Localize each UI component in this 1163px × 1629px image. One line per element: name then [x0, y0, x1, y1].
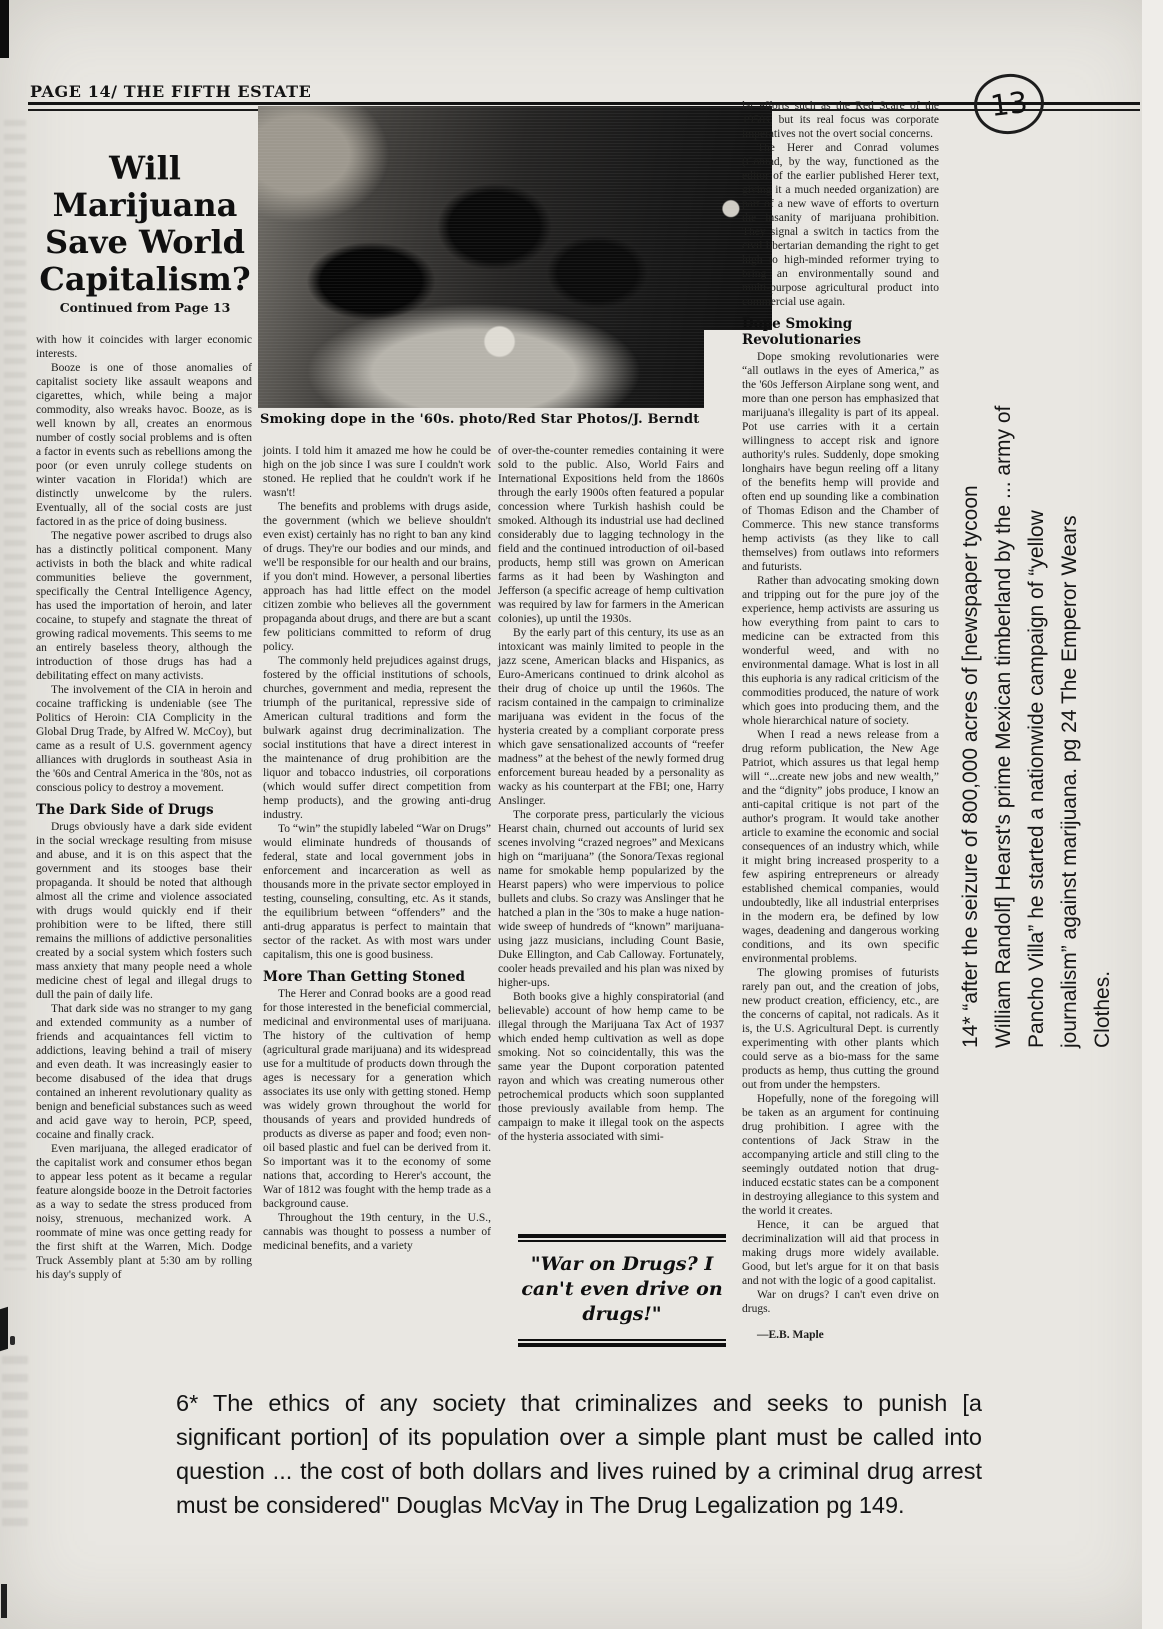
paragraph: joints. I told him it amazed me how he c… — [263, 444, 491, 500]
paragraph: Even marijuana, the alleged eradicator o… — [36, 1142, 252, 1282]
paragraph: By the early part of this century, its u… — [498, 626, 724, 808]
paragraph: War on drugs? I can't even drive on drug… — [742, 1288, 939, 1316]
page-number-text: 13 — [989, 85, 1030, 123]
right-margin-strip — [1142, 0, 1163, 1629]
column-1: with how it coincides with larger econom… — [36, 333, 252, 1282]
paragraph: That dark side was no stranger to my gan… — [36, 1002, 252, 1142]
paragraph: Pancho Villa” he started a nationwide ca… — [1020, 186, 1053, 1048]
paragraph: The glowing promises of futurists rarely… — [742, 966, 939, 1092]
scanned-newspaper-page: PAGE 14/ THE FIFTH ESTATE 13 Will Mariju… — [0, 0, 1163, 1629]
column-4: lar efforts such as the Red Scare of the… — [742, 99, 939, 1342]
paragraph: Rather than advocating smoking down and … — [742, 574, 939, 728]
footnote-quote: 6* The ethics of any society that crimin… — [176, 1386, 982, 1522]
column-4-text: lar efforts such as the Red Scare of the… — [742, 99, 939, 1316]
paragraph: journalism” against marijuana. pg 24 The… — [1053, 186, 1086, 1048]
pull-quote-inner-rule: "War on Drugs? I can't even drive on dru… — [518, 1240, 726, 1341]
paragraph: 14* “after the seizure of 800,000 acres … — [954, 186, 987, 1048]
paragraph: To “win” the stupidly labeled “War on Dr… — [263, 822, 491, 962]
pull-quote-text: "War on Drugs? I can't even drive on dru… — [521, 1252, 723, 1327]
paragraph: The involvement of the CIA in heroin and… — [36, 683, 252, 795]
handwritten-page-number: 13 — [971, 70, 1048, 138]
photo-caption: Smoking dope in the '60s. photo/Red Star… — [260, 412, 712, 427]
column-2: joints. I told him it amazed me how he c… — [263, 444, 491, 1253]
scan-edge-artifact — [10, 1336, 15, 1345]
sidebar-note: 14* “after the seizure of 800,000 acres … — [954, 186, 1119, 1048]
paragraph: Booze is one of those anomalies of capit… — [36, 361, 252, 529]
scan-edge-artifact — [1, 1584, 7, 1618]
section-heading: More Than Getting Stoned — [263, 969, 491, 985]
section-heading: Dope Smoking Revolutionaries — [742, 316, 939, 348]
paragraph: The Herer and Conrad volumes (Conrad, by… — [742, 141, 939, 309]
paragraph: Hence, it can be argued that decriminali… — [742, 1218, 939, 1288]
paragraph: The commonly held prejudices against dru… — [263, 654, 491, 822]
column-3: of over-the-counter remedies containing … — [498, 444, 724, 1144]
paragraph: of over-the-counter remedies containing … — [498, 444, 724, 626]
pull-quote-box: "War on Drugs? I can't even drive on dru… — [518, 1234, 726, 1347]
paragraph: When I read a news release from a drug r… — [742, 728, 939, 966]
paragraph: Clothes. — [1086, 186, 1119, 1048]
paragraph: The corporate press, particularly the vi… — [498, 808, 724, 990]
paragraph: Drugs obviously have a dark side evident… — [36, 820, 252, 1002]
author-byline: —E.B. Maple — [742, 1328, 939, 1342]
article-title: Will Marijuana Save World Capitalism? — [36, 150, 254, 298]
article-photo — [258, 106, 772, 408]
paragraph: Both books give a highly conspiratorial … — [498, 990, 724, 1144]
paragraph: The negative power ascribed to drugs als… — [36, 529, 252, 683]
paragraph: lar efforts such as the Red Scare of the… — [742, 99, 939, 141]
continued-from-note: Continued from Page 13 — [36, 300, 254, 315]
scan-edge-artifact — [0, 0, 9, 58]
paragraph: with how it coincides with larger econom… — [36, 333, 252, 361]
scan-edge-artifact — [0, 1307, 8, 1352]
paragraph: Hopefully, none of the foregoing will be… — [742, 1092, 939, 1218]
paragraph: Throughout the 19th century, in the U.S.… — [263, 1211, 491, 1253]
paragraph: William Randolf] Hearst's prime Mexican … — [987, 186, 1020, 1048]
bleed-through-ghost-text — [4, 120, 26, 1270]
bleed-through-ghost-text — [2, 1356, 28, 1536]
paragraph: Dope smoking revolutionaries were “all o… — [742, 350, 939, 574]
page-header: PAGE 14/ THE FIFTH ESTATE — [30, 82, 1140, 101]
paragraph: The benefits and problems with drugs asi… — [263, 500, 491, 654]
section-heading: The Dark Side of Drugs — [36, 802, 252, 818]
paragraph: The Herer and Conrad books are a good re… — [263, 987, 491, 1211]
